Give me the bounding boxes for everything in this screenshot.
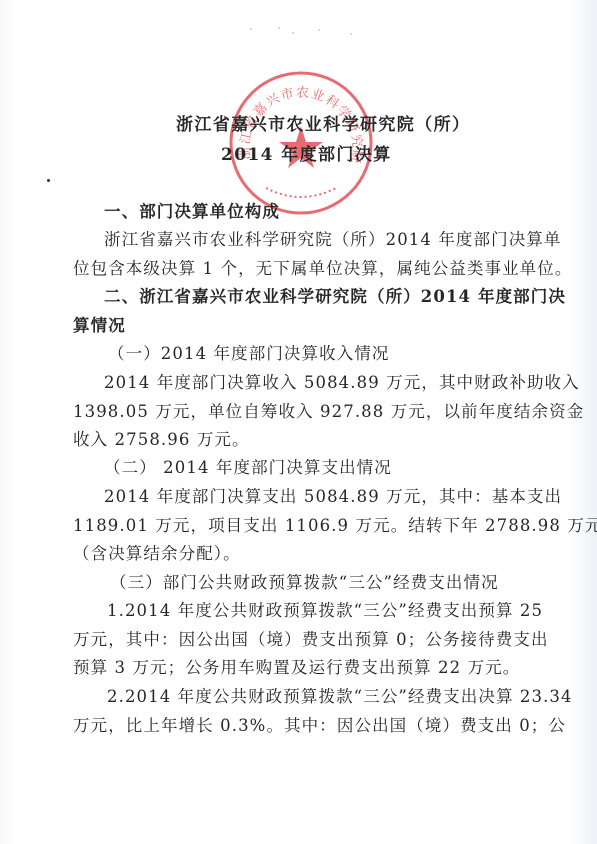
subsection-3-line: 2.2014 年度公共财政预算拨款“三公”经费支出决算 23.34 — [107, 687, 573, 707]
document-page: 浙江省嘉兴市农业科学研究院 浙江省嘉兴市农业科学研究院（所） 2014 年度部门… — [0, 0, 597, 844]
subsection-1-heading: （一）2014 年度部门决算收入情况 — [108, 344, 390, 364]
section-2-heading-line2: 算情况 — [73, 316, 126, 336]
scan-dot — [47, 179, 50, 182]
subsection-2-line: （含决算结余分配）。 — [73, 544, 241, 564]
section-1-heading: 一、部门决算单位构成 — [104, 202, 280, 222]
document-title-line2: 2014 年度部门决算 — [221, 145, 392, 165]
subsection-3-line: 万元，其中：因公出国（境）费支出预算 0；公务接待费支出 — [73, 630, 549, 650]
section-2-heading-line1: 二、浙江省嘉兴市农业科学研究院（所）2014 年度部门决 — [104, 287, 566, 307]
subsection-3-line: 万元，比上年增长 0.3%。其中：因公出国（境）费支出 0；公 — [73, 716, 566, 736]
subsection-1-line: 收入 2758.96 万元。 — [73, 430, 250, 450]
scan-specks — [240, 24, 360, 36]
official-seal-icon: 浙江省嘉兴市农业科学研究院 — [226, 68, 376, 218]
subsection-2-line: 2014 年度部门决算支出 5084.89 万元，其中：基本支出 — [104, 487, 562, 507]
subsection-3-line: 预算 3 万元；公务用车购置及运行费支出预算 22 万元。 — [73, 658, 520, 678]
subsection-2-line: 1189.01 万元，项目支出 1106.9 万元。结转下年 2788.98 万… — [73, 516, 597, 536]
subsection-3-line: 1.2014 年度公共财政预算拨款“三公”经费支出预算 25 — [107, 601, 543, 621]
subsection-3-heading: （三）部门公共财政预算拨款“三公”经费支出情况 — [110, 573, 499, 593]
subsection-1-line: 1398.05 万元，单位自筹收入 927.88 万元，以前年度结余资金 — [73, 402, 584, 422]
subsection-1-line: 2014 年度部门决算收入 5084.89 万元，其中财政补助收入 — [104, 373, 580, 393]
document-title-line1: 浙江省嘉兴市农业科学研究院（所） — [176, 115, 470, 135]
section-1-line: 位包含本级决算 1 个，无下属单位决算，属纯公益类事业单位。 — [73, 259, 573, 279]
subsection-2-heading: （二） 2014 年度部门决算支出情况 — [104, 458, 392, 478]
section-1-line: 浙江省嘉兴市农业科学研究院（所）2014 年度部门决算单 — [104, 230, 562, 250]
